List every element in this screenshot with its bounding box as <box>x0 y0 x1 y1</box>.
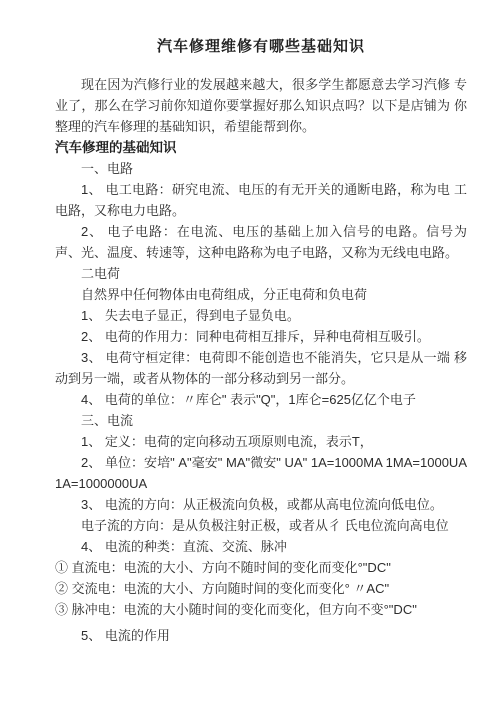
document-title: 汽车修理维修有哪些基础知识 <box>55 36 467 58</box>
item-current-function: 5、 电流的作用 <box>55 625 467 646</box>
document-page: 汽车修理维修有哪些基础知识 现在因为汽修行业的发展越来越大，很多学生都愿意去学习… <box>0 0 500 707</box>
item-current-direction: 3、 电流的方向：从正极流向负极，或都从高电位流向低电位。 <box>55 494 467 515</box>
item-alternating-current: ② 交流电：电流的大小、方向随时间的变化而变化° 〃AC" <box>55 578 467 599</box>
item-current-definition: 1、 定义：电荷的定向移动五项原则电流，表示T， <box>55 431 467 452</box>
item-charge-polarity: 1、 失去电子显正，得到电子显负电。 <box>55 305 467 326</box>
section-label-charge: 二电荷 <box>55 263 467 284</box>
item-charge-force: 2、 电荷的作用力：同种电荷相互排斥，异种电荷相互吸引。 <box>55 326 467 347</box>
item-electrician-circuit: 1、 电工电路：研究电流、电压的有无开关的通断电路，称为电 工电路，又称电力电路… <box>55 179 467 221</box>
item-direct-current: ① 直流电：电流的大小、方向不随时间的变化而变化°"DC" <box>55 557 467 578</box>
item-current-unit: 2、 单位：安培" A"毫安" MA"微安" UA" 1A=1000MA 1MA… <box>55 452 467 494</box>
item-electronic-circuit: 2、 电子电路：在电流、电压的基础上加入信号的电路。信号为 声、光、温度、转速等… <box>55 221 467 263</box>
line-electron-flow-direction: 电子流的方向：是从负极注射正极，或者从彳 氏电位流向高电位 <box>55 515 467 536</box>
section-label-circuit: 一、电路 <box>55 158 467 179</box>
item-charge-unit: 4、 电荷的单位：〃库仑" 表示"Q"，1库仑=625亿亿个电子 <box>55 389 467 410</box>
item-current-types: 4、 电流的种类：直流、交流、脉冲 <box>55 536 467 557</box>
section-label-current: 三、电流 <box>55 410 467 431</box>
item-charge-conservation: 3、 电荷守桓定律：电荷即不能创造也不能消失，它只是从一端 移动到另一端，或者从… <box>55 347 467 389</box>
intro-paragraph: 现在因为汽修行业的发展越来越大，很多学生都愿意去学习汽修 专业了，那么在学习前你… <box>55 74 467 137</box>
item-pulse-current: ③ 脉冲电：电流的大小随时间的变化而变化，但方向不变°"DC" <box>55 599 467 620</box>
section-heading: 汽车修理的基础知识 <box>55 137 467 158</box>
line-charge-composition: 自然界中任何物体由电荷组成，分正电荷和负电荷 <box>55 284 467 305</box>
